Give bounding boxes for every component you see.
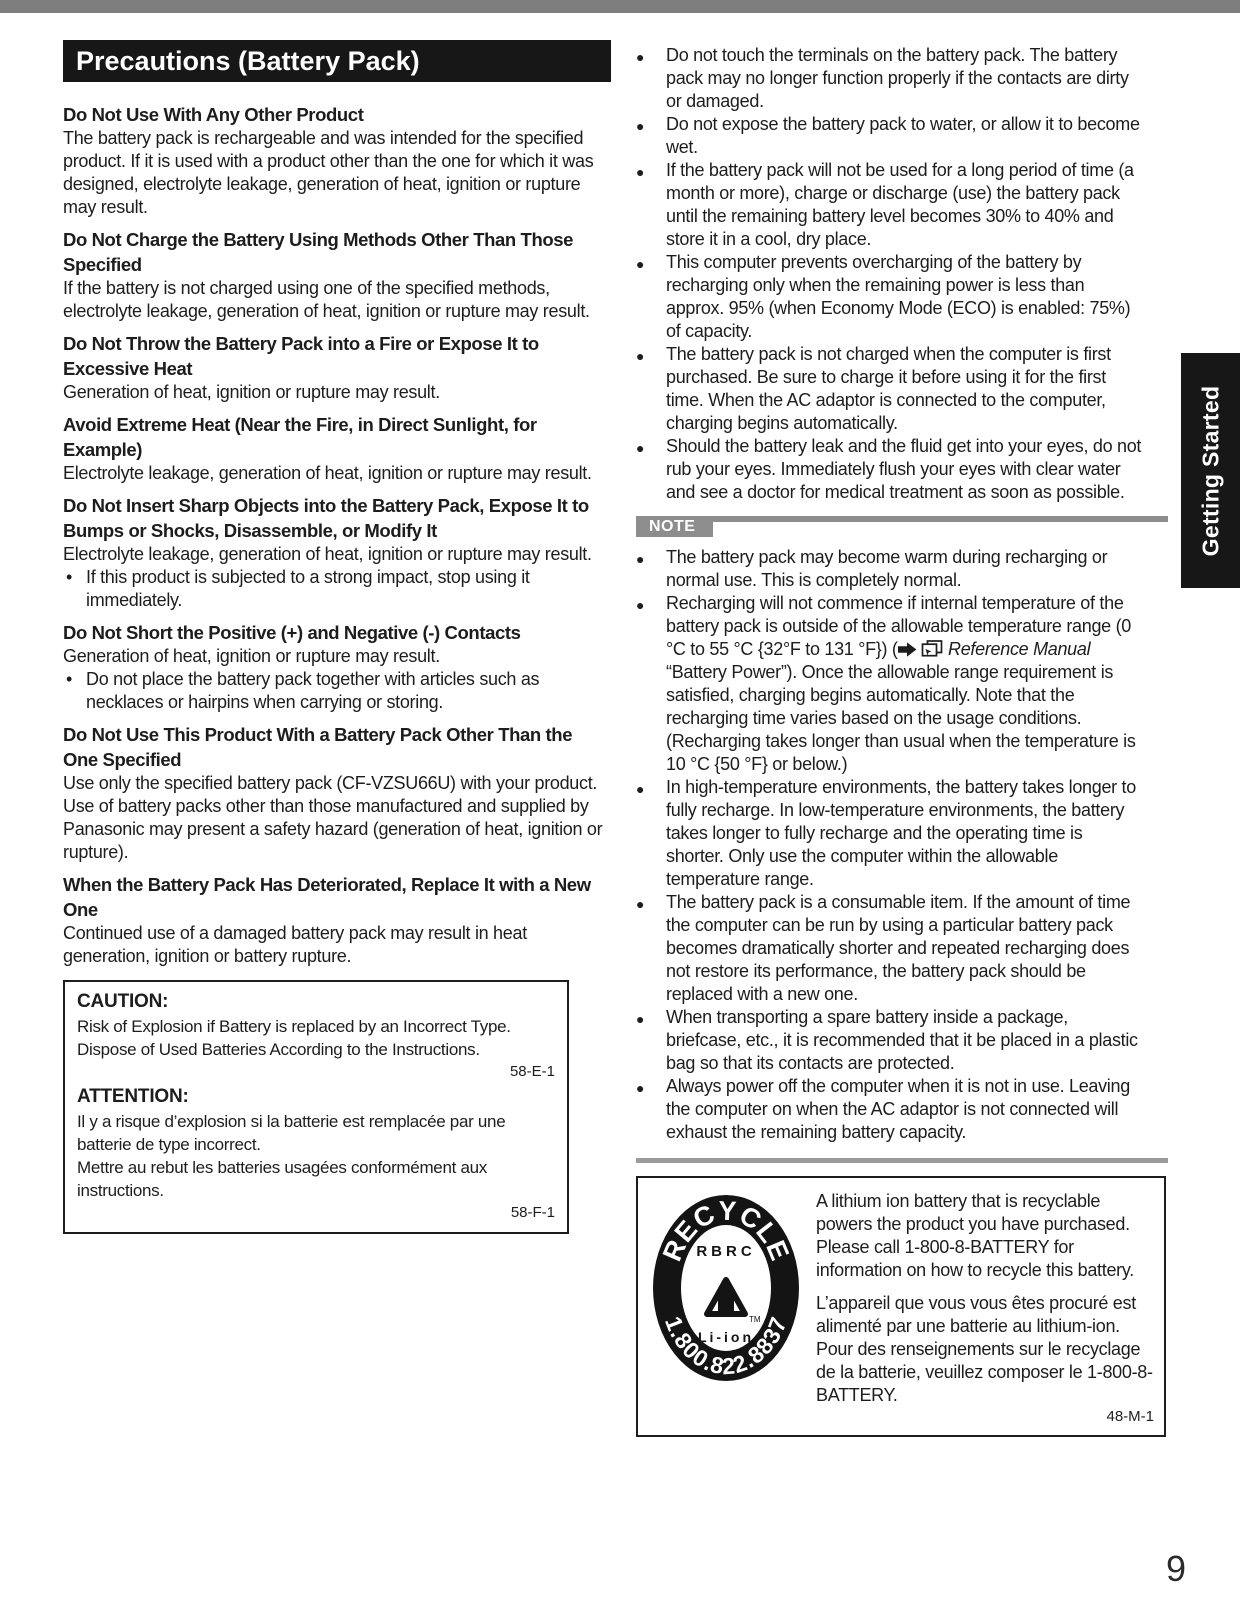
list-item: This computer prevents overcharging of t… [636, 251, 1168, 343]
section-charge-methods: Do Not Charge the Battery Using Methods … [63, 227, 611, 323]
section-heading: When the Battery Pack Has Deteriorated, … [63, 872, 611, 922]
chapter-tab-label: Getting Started [1197, 385, 1224, 556]
manual-page: Precautions (Battery Pack) Do Not Use Wi… [0, 0, 1240, 1607]
section-other-product: Do Not Use With Any Other Product The ba… [63, 102, 611, 219]
rbrc-text: RBRC [696, 1243, 755, 1260]
section-deteriorated: When the Battery Pack Has Deteriorated, … [63, 872, 611, 968]
note-rule [636, 516, 1168, 522]
section-body: Generation of heat, ignition or rupture … [63, 381, 611, 404]
section-heading: Do Not Short the Positive (+) and Negati… [63, 620, 611, 645]
section-body: Use only the specified battery pack (CF-… [63, 772, 611, 864]
tm-text: TM [749, 1315, 761, 1324]
list-item: The battery pack is not charged when the… [636, 343, 1168, 435]
sub-bullet-list: Do not place the battery pack together w… [63, 668, 611, 714]
regulatory-code: 48-M-1 [816, 1407, 1154, 1427]
recycle-text-fr: L’appareil que vous vous êtes procuré es… [816, 1292, 1154, 1338]
bullet-icon [636, 1075, 666, 1144]
bullet-icon [636, 343, 666, 435]
list-item: Should the battery leak and the fluid ge… [636, 435, 1168, 504]
list-item: The battery pack may become warm during … [636, 546, 1168, 592]
bullet-icon [636, 891, 666, 1006]
bullet-icon [636, 776, 666, 891]
list-item: Do not place the battery pack together w… [63, 668, 611, 714]
reference-manual-icon [921, 639, 943, 659]
section-heading: Do Not Use This Product With a Battery P… [63, 722, 611, 772]
section-heading: Do Not Insert Sharp Objects into the Bat… [63, 493, 611, 543]
section-body: The battery pack is rechargeable and was… [63, 127, 611, 219]
section-body: Continued use of a damaged battery pack … [63, 922, 611, 968]
list-item: If this product is subjected to a strong… [63, 566, 611, 612]
chapter-tab-getting-started: Getting Started [1181, 353, 1240, 588]
recycle-text-en: Please call 1-800-8-BATTERY for informat… [816, 1236, 1154, 1282]
caution-box: CAUTION: Risk of Explosion if Battery is… [63, 980, 569, 1234]
rbrc-recycle-logo: RECYCLE 1.800.822.8837 RBRC TM Li-ion [650, 1190, 802, 1427]
attention-label: ATTENTION: [77, 1083, 555, 1110]
section-heading: Do Not Charge the Battery Using Methods … [63, 227, 611, 277]
bullet-icon [636, 1006, 666, 1075]
section-specified-pack: Do Not Use This Product With a Battery P… [63, 722, 611, 864]
section-fire: Do Not Throw the Battery Pack into a Fir… [63, 331, 611, 404]
bullet-icon [636, 159, 666, 251]
left-column: Precautions (Battery Pack) Do Not Use Wi… [63, 40, 611, 1234]
note-bullet-list: The battery pack may become warm during … [636, 546, 1168, 1144]
precaution-bullet-list: Do not touch the terminals on the batter… [636, 44, 1168, 504]
arrow-icon [898, 639, 917, 659]
list-item: In high-temperature environments, the ba… [636, 776, 1168, 891]
bullet-icon [636, 592, 666, 776]
reference-manual-title: Reference Manual [948, 639, 1090, 659]
list-item: Recharging will not commence if internal… [636, 592, 1168, 776]
bullet-icon [636, 113, 666, 159]
regulatory-code: 58-F-1 [77, 1202, 555, 1224]
bullet-icon [636, 546, 666, 592]
list-item: The battery pack is a consumable item. I… [636, 891, 1168, 1006]
page-top-bar [0, 0, 1240, 13]
bullet-icon [63, 668, 86, 714]
page-number: 9 [1166, 1548, 1186, 1590]
list-item: If the battery pack will not be used for… [636, 159, 1168, 251]
section-short-contacts: Do Not Short the Positive (+) and Negati… [63, 620, 611, 714]
section-heading: Do Not Use With Any Other Product [63, 102, 611, 127]
section-body: Electrolyte leakage, generation of heat,… [63, 462, 611, 485]
caution-text: Risk of Explosion if Battery is replaced… [77, 1015, 555, 1061]
section-body: Electrolyte leakage, generation of heat,… [63, 543, 611, 566]
bullet-icon [636, 44, 666, 113]
page-title: Precautions (Battery Pack) [63, 40, 611, 82]
list-item: Do not touch the terminals on the batter… [636, 44, 1168, 113]
regulatory-code: 58-E-1 [77, 1061, 555, 1083]
list-item: Always power off the computer when it is… [636, 1075, 1168, 1144]
bullet-icon [63, 566, 86, 612]
li-ion-text: Li-ion [698, 1329, 754, 1345]
section-sharp-objects: Do Not Insert Sharp Objects into the Bat… [63, 493, 611, 612]
recycle-text-en: A lithium ion battery that is recyclable… [816, 1190, 1154, 1236]
right-column: Do not touch the terminals on the batter… [636, 44, 1168, 1437]
attention-text: Il y a risque d’explosion si la batterie… [77, 1110, 555, 1156]
section-heading: Do Not Throw the Battery Pack into a Fir… [63, 331, 611, 381]
attention-text: Mettre au rebut les batteries usagées co… [77, 1156, 555, 1202]
list-item: Do not expose the battery pack to water,… [636, 113, 1168, 159]
section-extreme-heat: Avoid Extreme Heat (Near the Fire, in Di… [63, 412, 611, 485]
section-heading: Avoid Extreme Heat (Near the Fire, in Di… [63, 412, 611, 462]
section-divider [636, 1158, 1168, 1163]
section-body: If the battery is not charged using one … [63, 277, 611, 323]
note-badge: NOTE [636, 516, 713, 537]
section-body: Generation of heat, ignition or rupture … [63, 645, 611, 668]
list-item: When transporting a spare battery inside… [636, 1006, 1168, 1075]
bullet-icon [636, 435, 666, 504]
sub-bullet-list: If this product is subjected to a strong… [63, 566, 611, 612]
recycle-box: RECYCLE 1.800.822.8837 RBRC TM Li-ion A … [636, 1176, 1166, 1437]
battery-icon [718, 1287, 734, 1316]
recycle-text-fr: Pour des renseignements sur le recyclage… [816, 1338, 1154, 1407]
bullet-icon [636, 251, 666, 343]
recycle-text: A lithium ion battery that is recyclable… [816, 1190, 1154, 1427]
caution-label: CAUTION: [77, 988, 555, 1015]
note-header: NOTE [636, 516, 1168, 536]
